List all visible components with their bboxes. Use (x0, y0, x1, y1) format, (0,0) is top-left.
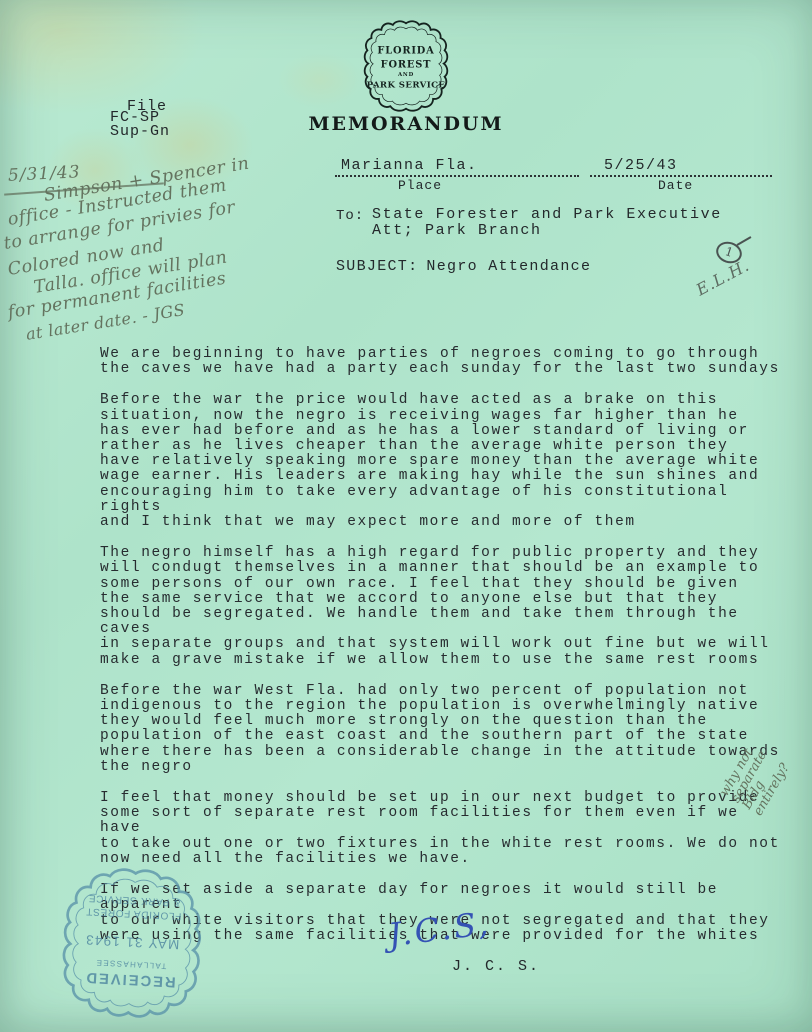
to-label: To: (336, 208, 364, 224)
reviewer-initials: E.L.H. (693, 256, 753, 300)
page-title: MEMORANDUM (0, 113, 812, 135)
subject-value: Negro Attendance (426, 258, 591, 275)
stamp-agency-text-1: FLORIDA FOREST (85, 905, 181, 921)
stamp-received-text: RECEIVED (84, 969, 176, 990)
seal-text-forest: FOREST (381, 60, 432, 71)
memo-body: We are beginning to have parties of negr… (100, 347, 790, 960)
circled-mark-tail (737, 236, 752, 246)
to-attention: Att; Park Branch (372, 222, 542, 239)
place-field: Marianna Fla. (335, 157, 579, 177)
typed-initials: J. C. S. (452, 958, 540, 975)
paragraph-1: We are beginning to have parties of negr… (100, 347, 790, 377)
paragraph-4: Before the war West Fla. had only two pe… (100, 684, 790, 775)
seal-text-and: AND (397, 72, 414, 78)
place-label: Place (398, 178, 442, 193)
subject-line: SUBJECT:Negro Attendance (336, 258, 591, 275)
stamp-city-text: TALLAHASSEE (95, 958, 167, 971)
date-label: Date (658, 178, 693, 193)
received-stamp: RECEIVED TALLAHASSEE MAY 31 1943 FLORIDA… (44, 864, 220, 1023)
stamp-date-text: MAY 31 1943 (84, 932, 179, 952)
seal-text-florida: FLORIDA (377, 46, 434, 57)
memo-page: FLORIDA FOREST AND PARK SERVICE File FC-… (0, 0, 812, 1032)
paragraph-2: Before the war the price would have acte… (100, 393, 790, 530)
subject-label: SUBJECT: (336, 258, 418, 275)
paragraph-5: I feel that money should be set up in ou… (100, 791, 790, 867)
seal-text-park-service: PARK SERVICE (367, 80, 446, 90)
agency-seal: FLORIDA FOREST AND PARK SERVICE (360, 20, 452, 112)
date-field: 5/25/43 (590, 157, 772, 177)
to-recipient: State Forester and Park Executive (372, 206, 722, 223)
paragraph-3: The negro himself has a high regard for … (100, 546, 790, 668)
